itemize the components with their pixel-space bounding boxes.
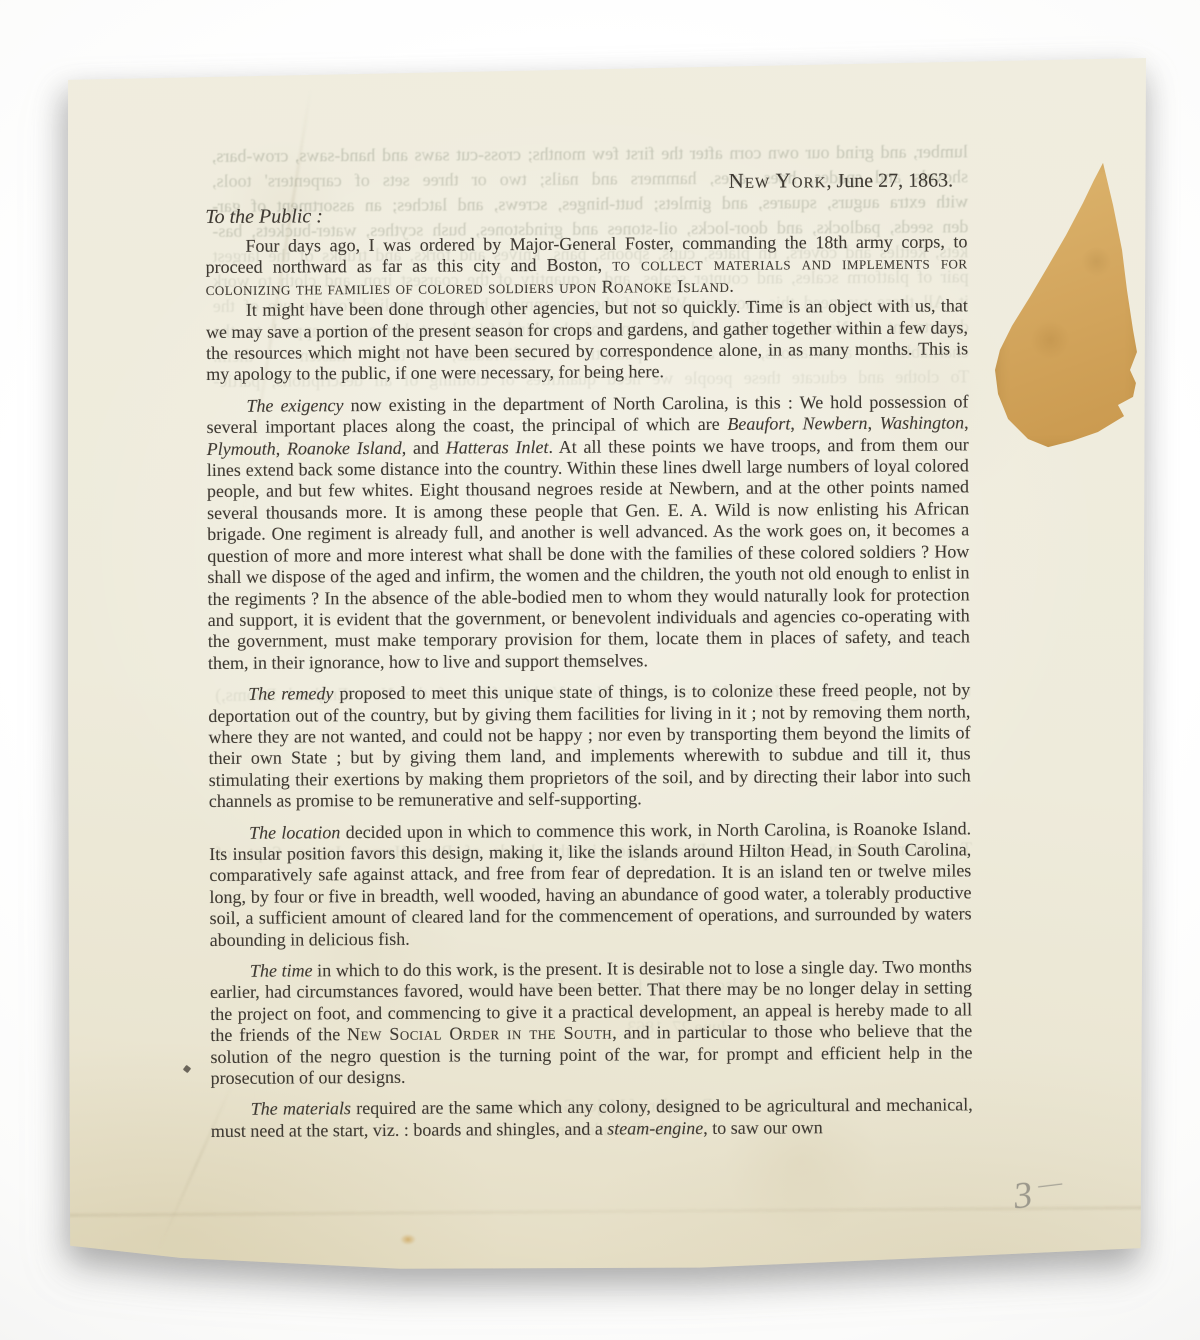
paragraph-remedy: The remedy proposed to meet this unique …	[208, 679, 971, 812]
text-segment: To the Public :	[205, 205, 323, 228]
paragraph-time: The time in which to do this work, is th…	[210, 956, 973, 1089]
text-segment: The location	[249, 822, 340, 843]
text-segment: . At all these points we have troops, an…	[207, 434, 970, 673]
bleed-through-text: lumber, and grind our own corn after the…	[212, 141, 968, 167]
paragraph-location: The location decided upon in which to co…	[209, 818, 972, 951]
document-page: lumber, and grind our own corn after the…	[68, 58, 1146, 1270]
body-paragraphs: Four days ago, I was ordered by Major-Ge…	[205, 231, 973, 1142]
paper-shadow: lumber, and grind our own corn after the…	[0, 0, 1200, 1340]
text-segment: The remedy	[248, 683, 333, 704]
text-segment: Newbern	[802, 413, 867, 433]
paper-fold-crease	[68, 1206, 1146, 1217]
paragraph-apology: It might have been done through other ag…	[206, 296, 969, 386]
text-segment: The exigency	[246, 395, 343, 416]
text-segment: Plymouth	[207, 438, 276, 458]
pencil-number: 3	[1011, 1175, 1034, 1218]
torn-paper-fragment	[995, 160, 1140, 450]
photo-backdrop: lumber, and grind our own corn after the…	[0, 0, 1200, 1340]
dateline: New York, June 27, 1863.	[205, 167, 967, 197]
text-segment: The materials	[251, 1099, 351, 1120]
text-segment: , and	[402, 437, 446, 457]
text-segment: Roanoke Island	[287, 437, 402, 458]
text-segment: The time	[250, 960, 313, 980]
text-segment: It might have been done through other ag…	[206, 296, 968, 385]
pencil-dash: —	[1037, 1170, 1064, 1199]
pencil-annotation: 3—	[1012, 1174, 1059, 1221]
text-segment: ,	[790, 414, 802, 434]
text-segment: , June 27, 1863.	[826, 169, 953, 192]
text-segment: Beaufort	[727, 414, 790, 434]
paragraph-orders: Four days ago, I was ordered by Major-Ge…	[205, 231, 967, 300]
text-segment: ,	[276, 438, 287, 458]
text-segment: ,	[964, 413, 969, 433]
text-segment: New Social Order in the South	[347, 1023, 612, 1045]
paragraph-exigency: The exigency now existing in the departm…	[206, 391, 970, 674]
salutation: To the Public :	[205, 200, 967, 229]
text-segment: , to saw our own	[703, 1117, 823, 1138]
margin-ink-dot	[183, 1065, 191, 1073]
text-segment: Washington	[880, 413, 964, 434]
printed-text: New York, June 27, 1863. To the Public :…	[205, 165, 973, 1142]
paper-stain	[400, 1234, 416, 1245]
paragraph-materials: The materials required are the same whic…	[211, 1095, 973, 1142]
text-segment: steam-engine	[607, 1118, 703, 1139]
text-segment: Hatteras Inlet	[446, 437, 549, 458]
text-segment: New York	[729, 168, 827, 193]
text-segment: ,	[867, 413, 879, 433]
